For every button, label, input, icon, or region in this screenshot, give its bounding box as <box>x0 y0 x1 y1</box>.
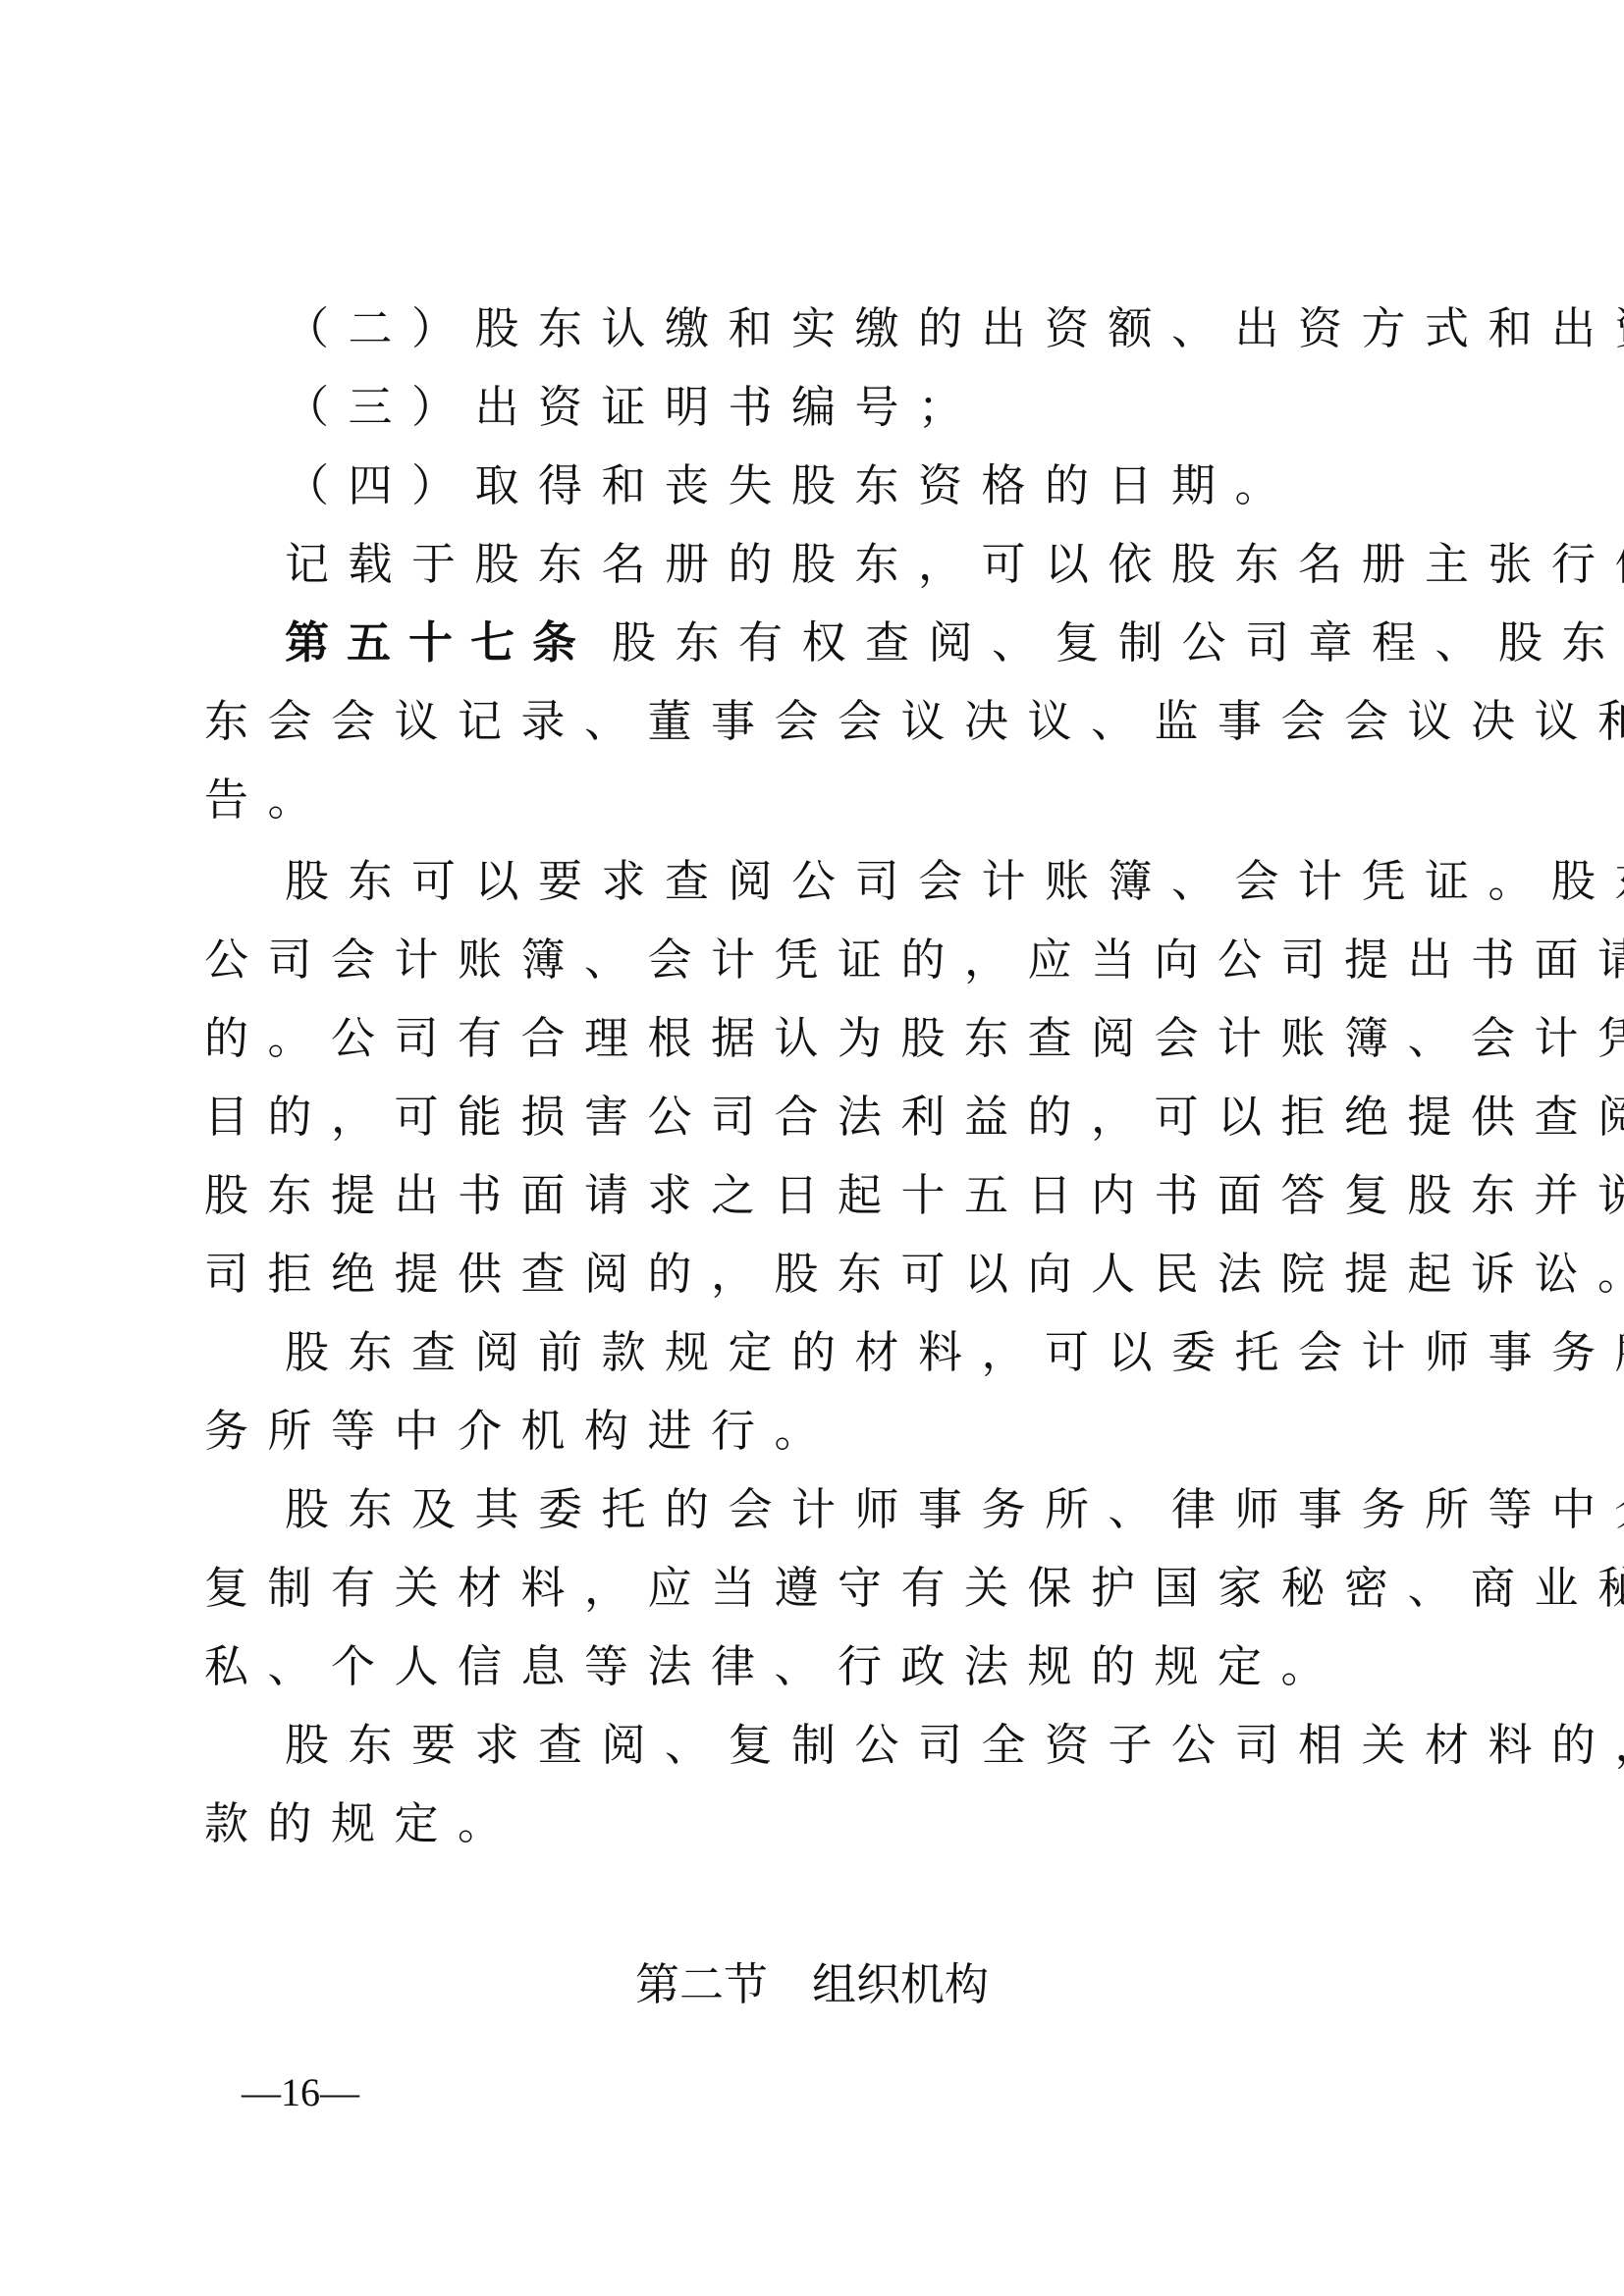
paragraph-line: 股东要求查阅、复制公司全资子公司相关材料的，适用前四 <box>285 1714 1624 1777</box>
paragraph-line: 司拒绝提供查阅的，股东可以向人民法院提起诉讼。 <box>204 1243 1624 1306</box>
article-number: 第五十七条 <box>285 616 594 668</box>
paragraph-line: 公司会计账簿、会计凭证的，应当向公司提出书面请求，说明目 <box>204 929 1624 991</box>
article-57-first-line: 第五十七条股东有权查阅、复制公司章程、股东名册、股 <box>285 612 1624 674</box>
paragraph-line: 股东提出书面请求之日起十五日内书面答复股东并说明理由。公 <box>204 1164 1624 1227</box>
list-item-2: （二）股东认缴和实缴的出资额、出资方式和出资日期； <box>285 297 1624 360</box>
paragraph-line: 股东查阅前款规定的材料，可以委托会计师事务所、律师事 <box>285 1321 1624 1384</box>
paragraph-line: 的。公司有合理根据认为股东查阅会计账簿、会计凭证有不正当 <box>204 1007 1624 1070</box>
paragraph-line: 股东可以要求查阅公司会计账簿、会计凭证。股东要求查阅 <box>285 850 1624 913</box>
paragraph-line: 目的，可能损害公司合法利益的，可以拒绝提供查阅，并应当自 <box>204 1086 1624 1148</box>
paragraph-line: 务所等中介机构进行。 <box>204 1400 838 1463</box>
article-text: 股东有权查阅、复制公司章程、股东名册、股 <box>612 616 1624 668</box>
paragraph-line: 记载于股东名册的股东，可以依股东名册主张行使股东权利。 <box>285 533 1624 596</box>
page-number: —16— <box>242 2065 359 2120</box>
paragraph-line: 复制有关材料，应当遵守有关保护国家秘密、商业秘密、个人隐 <box>204 1557 1624 1620</box>
paragraph-line: 股东及其委托的会计师事务所、律师事务所等中介机构查阅、 <box>285 1478 1624 1541</box>
list-item-3: （三）出资证明书编号； <box>285 376 982 439</box>
paragraph-line: 私、个人信息等法律、行政法规的规定。 <box>204 1635 1344 1698</box>
document-page: （二）股东认缴和实缴的出资额、出资方式和出资日期； （三）出资证明书编号； （四… <box>0 0 1624 2296</box>
paragraph-line: 款的规定。 <box>204 1792 521 1855</box>
section-heading: 第二节 组织机构 <box>0 1953 1624 2016</box>
paragraph-line: 东会会议记录、董事会会议决议、监事会会议决议和财务会计报 <box>204 690 1624 753</box>
list-item-4: （四）取得和丧失股东资格的日期。 <box>285 454 1298 517</box>
paragraph-line: 告。 <box>204 769 331 831</box>
